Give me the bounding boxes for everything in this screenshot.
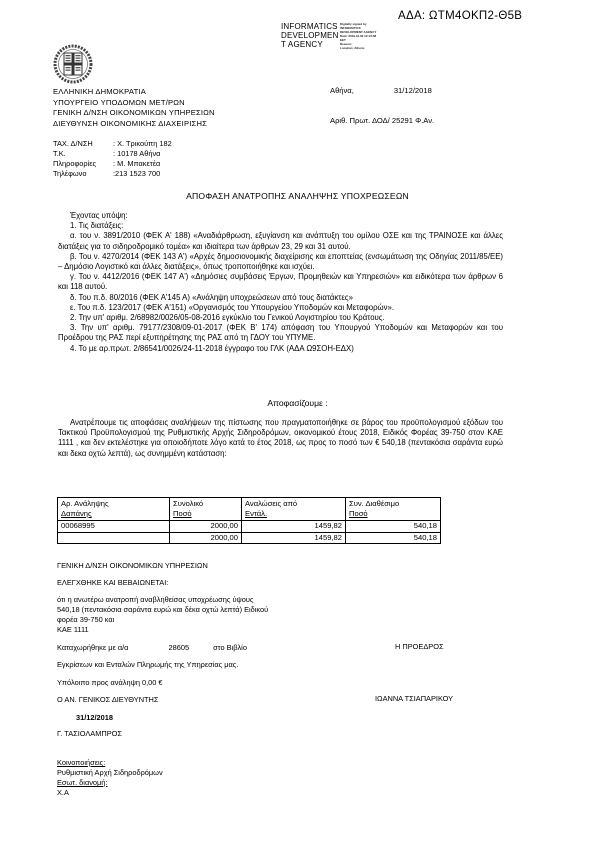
protocol-number: Αριθ. Πρωτ. ΔΟΔ/ 25291 Φ.Αν. [330, 117, 434, 126]
internal-distribution-label: Εσωτ. διανομή: [57, 778, 107, 787]
hellenic-republic-emblem-icon [53, 44, 93, 84]
cell-total: 2000,00 [170, 532, 242, 544]
contact-postal-code: Τ.Κ.: 10178 Αθήνα [53, 149, 172, 159]
cell-commitment-no [58, 532, 170, 544]
document-title: ΑΠΟΦΑΣΗ ΑΝΑΤΡΟΠΗΣ ΑΝΑΛΗΨΗΣ ΥΠΟΧΡΕΩΣΕΩΝ [0, 192, 595, 202]
contact-info-person: Πληροφορίες: Μ. Μπακετέα [53, 159, 172, 169]
considering-intro: Έχοντας υπόψη: [58, 211, 503, 221]
cell-available: 540,18 [346, 521, 441, 533]
decision-paragraph: Ανατρέπουμε τις αποφάσεις αναλήψεων της … [58, 418, 503, 459]
place-date: Αθήνα,31/12/2018 [330, 87, 432, 96]
org-line-general-directorate: ΓΕΝΙΚΗ Δ/ΝΣΗ ΟΙΚΟΝΟΜΙΚΩΝ ΥΠΗΡΕΣΙΩΝ [53, 108, 215, 119]
considering-item-4: 4. Το με αρ.πρωτ. 2/86541/0026/24-11-201… [58, 344, 503, 354]
remaining-amount: Υπόλοιπο προς ανάληψη 0,00 € [57, 678, 163, 688]
signer-title: Ο ΑΝ. ΓΕΝΙΚΟΣ ΔΙΕΥΘΥΝΤΗΣ [57, 695, 158, 705]
digital-signature-stamp: Digitally signed by INFORMATICS DEVELOPM… [340, 22, 376, 50]
president-title: Η ΠΡΟΕΔΡΟΣ [395, 643, 444, 652]
considering-item-1d: δ. Του π.δ. 80/2016 (ΦΕΚ Α'145 Α) «Ανάλη… [58, 293, 503, 303]
table-row: 00068995 2000,00 1459,82 540,18 [58, 521, 441, 533]
agency-line: T AGENCY [281, 40, 339, 49]
agency-name: INFORMATICS DEVELOPMEN T AGENCY [281, 22, 339, 49]
col-header-total-amount: ΣυνολικόΠοσό [170, 498, 242, 521]
cell-available: 540,18 [346, 532, 441, 544]
org-line-republic: ΕΛΛΗΝΙΚΗ ΔΗΜΟΚΡΑΤΙΑ [53, 87, 215, 98]
considering-item-1: 1. Τις διατάξεις: [58, 221, 503, 231]
col-header-commitment-no: Αρ. ΑνάληψηςΔαπάνης [58, 498, 170, 521]
decide-heading: Αποφασίζουμε : [0, 399, 595, 409]
cc-label: Κοινοποιήσεις: [57, 758, 105, 767]
verification-heading: ΕΛΕΓΧΘΗΚΕ ΚΑΙ ΒΕΒΑΙΩΝΕΤΑΙ: [57, 578, 168, 588]
organization-block: ΕΛΛΗΝΙΚΗ ΔΗΜΟΚΡΑΤΙΑ ΥΠΟΥΡΓΕΙΟ ΥΠΟΔΟΜΩΝ Μ… [53, 87, 215, 129]
cell-commitment-no: 00068995 [58, 521, 170, 533]
considerations: Έχοντας υπόψη: 1. Τις διατάξεις: α. του … [58, 211, 503, 354]
col-header-consumption: Αναλώσεις απόΕντάλ. [242, 498, 346, 521]
ada-code: ΑΔΑ: ΩΤΜ4ΟΚΠ2-Θ5Β [398, 10, 522, 23]
internal-distribution-value: Χ.Α [57, 788, 163, 798]
considering-item-3: 3. Την υπ' αριθμ. 79177/2308/09-01-2017 … [58, 323, 503, 343]
considering-item-2: 2. Την υπ' αριθμ. 2/68982/0026/05-08-201… [58, 313, 503, 323]
considering-item-1b: β. Του ν. 4270/2014 (ΦΕΚ 143 Α') «Αρχές … [58, 252, 503, 272]
contact-phone: Τηλέφωνο:213 1523 700 [53, 169, 172, 179]
org-line-directorate: ΔΙΕΥΘΥΝΣΗ ΟΙΚΟΝΟΜΙΚΗΣ ΔΙΑΧΕΙΡΙΣΗΣ [53, 119, 215, 130]
commitment-table: Αρ. ΑνάληψηςΔαπάνης ΣυνολικόΠοσό Αναλώσε… [57, 497, 441, 544]
signer-name: Γ. ΤΑΣΙΟΛΑΜΠΡΟΣ [57, 729, 122, 739]
distribution-block: Κοινοποιήσεις: Ρυθμιστική Αρχή Σιδηροδρό… [57, 758, 163, 798]
col-header-available: Συν. ΔιαθέσιμοΠοσό [346, 498, 441, 521]
registration-number: 28605 [169, 643, 190, 652]
verification-dept: ΓΕΝΙΚΗ Δ/ΝΣΗ ΟΙΚΟΝΟΜΙΚΩΝ ΥΠΗΡΕΣΙΩΝ [57, 561, 208, 571]
contact-address: ΤΑΧ. Δ/ΝΣΗ: Χ. Τρικούπη 182 [53, 139, 172, 149]
cell-consumption: 1459,82 [242, 521, 346, 533]
cc-value: Ρυθμιστική Αρχή Σιδηροδρόμων [57, 768, 163, 778]
registration-line-2: Εγκρίσεων και Ενταλών Πληρωμής της Υπηρε… [57, 660, 238, 670]
cell-total: 2000,00 [170, 521, 242, 533]
considering-item-1e: ε. Του π.δ. 123/2017 (ΦΕΚ Α'151) «Οργανι… [58, 303, 503, 313]
signer-date: 31/12/2018 [76, 713, 113, 723]
table-total-row: 2000,00 1459,82 540,18 [58, 532, 441, 544]
stamp-line: Location: Athens [340, 46, 376, 50]
president-name: ΙΩΑΝΝΑ ΤΣΙΑΠΑΡΙΚΟΥ [375, 695, 453, 704]
agency-line: DEVELOPMEN [281, 31, 339, 40]
document-date: 31/12/2018 [394, 86, 432, 95]
contact-block: ΤΑΧ. Δ/ΝΣΗ: Χ. Τρικούπη 182 Τ.Κ.: 10178 … [53, 139, 172, 179]
place: Αθήνα, [330, 86, 354, 95]
considering-item-1a: α. του ν. 3891/2010 (ΦΕΚ Α' 188) «Αναδιά… [58, 231, 503, 251]
table-header-row: Αρ. ΑνάληψηςΔαπάνης ΣυνολικόΠοσό Αναλώσε… [58, 498, 441, 521]
registration-line: Καταχωρήθηκε με α/α 28605 στο Βιβλίο [57, 643, 247, 653]
decision-text: Ανατρέπουμε τις αποφάσεις αναλήψεων της … [58, 418, 503, 459]
considering-item-1c: γ. Του ν. 4412/2016 (ΦΕΚ 147 Α') «Δημόσι… [58, 272, 503, 292]
agency-line: INFORMATICS [281, 22, 339, 31]
verification-text: ότι η ανωτέρω ανατροπή αναβληθείσας υποχ… [57, 595, 268, 635]
org-line-ministry: ΥΠΟΥΡΓΕΙΟ ΥΠΟΔΟΜΩΝ ΜΕΤ/ΡΩΝ [53, 98, 215, 109]
cell-consumption: 1459,82 [242, 532, 346, 544]
